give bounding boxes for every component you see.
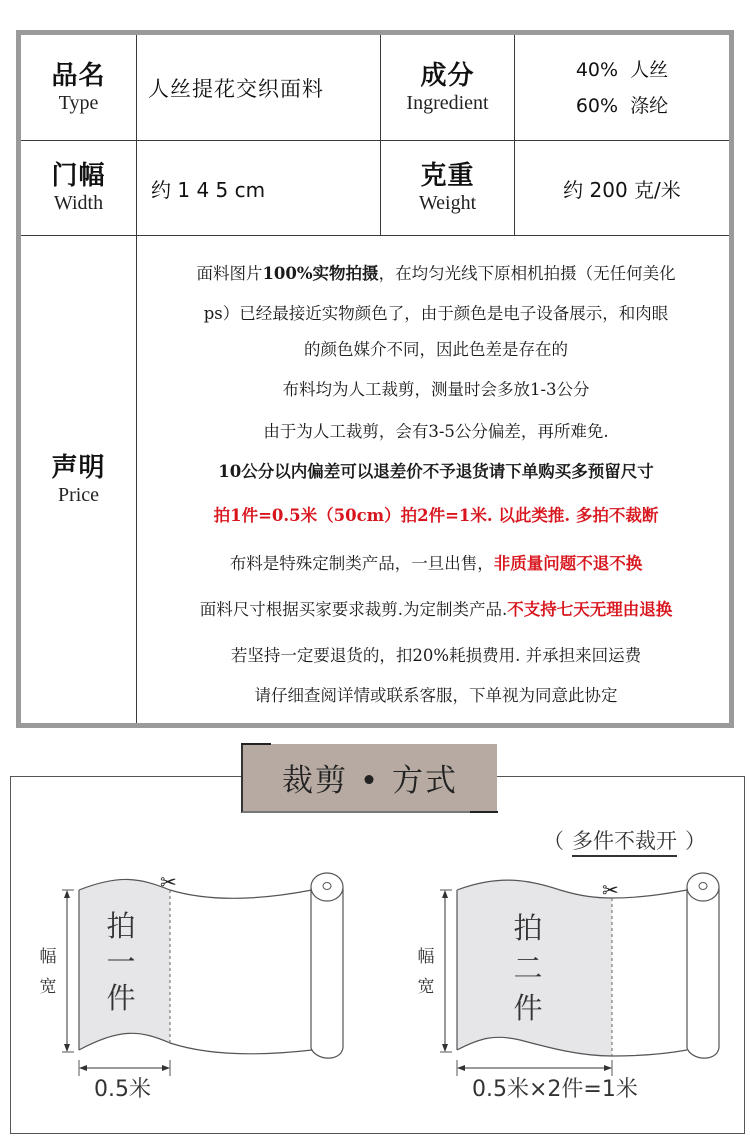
notice-line-4: 布料均为人工裁剪，测量时会多放1-3公分: [138, 376, 734, 400]
value-ingredient: 40% 人丝 60% 涤纶: [515, 35, 729, 141]
width-label-vertical-2: 幅 宽: [416, 942, 436, 1002]
label-ingredient-en: Ingredient: [406, 91, 488, 115]
notice-line-2-a: ps）已经最接近实物颜色了，由于颜色是电子设备展示，和肉眼: [204, 304, 669, 323]
width-label-char-1: 幅: [38, 942, 58, 972]
notice-line-4-a: 布料均为人工裁剪，测量时会多放1-3公分: [282, 380, 589, 399]
notice-line-6-a: 10公分以内偏差可以退差价不予退货请下单购买多预留尺寸: [218, 462, 653, 481]
piece-char-3: 件: [508, 988, 548, 1028]
notice-text-block: 面料图片100%实物拍摄，在均匀光线下原相机拍摄（无任何美化 ps）已经最接近实…: [138, 236, 734, 723]
value-width: 约 1 4 5 cm: [137, 141, 381, 236]
label-weight-zh: 克重: [420, 161, 474, 191]
piece-label-vertical-2: 拍 二 件: [508, 908, 548, 1028]
notice-line-3: 的颜色媒介不同，因此色差是存在的: [138, 336, 734, 360]
value-type-text: 人丝提花交织面料: [148, 73, 324, 103]
label-ingredient-zh: 成分: [420, 61, 474, 91]
notice-line-7: 拍1件=0.5米（50cm）拍2件=1米. 以此类推. 多拍不裁断: [138, 502, 734, 526]
diagram-one-piece: ✂ 幅 宽 拍 一 件 0.5米: [0, 860, 380, 1130]
notice-line-10-a: 若坚持一定要退货的，扣20%耗损费用. 并承担来回运费: [231, 646, 641, 665]
value-weight: 约 200 克/米: [515, 141, 729, 236]
width-label-vertical: 幅 宽: [38, 942, 58, 1002]
value-weight-text: 约 200 克/米: [563, 174, 681, 203]
value-type: 人丝提花交织面料: [137, 35, 381, 141]
notice-line-9: 面料尺寸根据买家要求裁剪.为定制类产品.不支持七天无理由退换: [138, 596, 734, 620]
notice-line-5: 由于为人工裁剪，会有3-5公分偏差，再所难免.: [138, 418, 734, 442]
ingredient-line-1: 40% 人丝: [576, 52, 668, 88]
label-type-en: Type: [59, 91, 99, 115]
notice-line-1-a: 面料图片: [196, 264, 262, 283]
width-label-char-2: 宽: [416, 972, 436, 1002]
notice-line-8-b: 非质量问题不退不换: [494, 554, 643, 573]
label-weight-en: Weight: [419, 191, 476, 215]
notice-line-6: 10公分以内偏差可以退差价不予退货请下单购买多预留尺寸: [138, 458, 734, 482]
notice-line-1: 面料图片100%实物拍摄，在均匀光线下原相机拍摄（无任何美化: [138, 260, 734, 284]
diagram-two-pieces: ✂ 幅 宽 拍 二 件 0.5米×2件=1米: [380, 860, 750, 1130]
label-weight: 克重 Weight: [381, 141, 515, 236]
note-text: 多件不裁开: [572, 829, 677, 857]
width-label-char-2: 宽: [38, 972, 58, 1002]
label-type: 品名 Type: [21, 35, 137, 141]
notice-line-9-b: 不支持七天无理由退换: [507, 600, 672, 619]
scissors-icon-2: ✂: [602, 878, 619, 902]
label-width: 门幅 Width: [21, 141, 137, 236]
length-label: 0.5米: [94, 1072, 151, 1103]
notice-line-5-a: 由于为人工裁剪，会有3-5公分偏差，再所难免.: [263, 422, 608, 441]
notice-line-8-a: 布料是特殊定制类产品，一旦出售，: [230, 554, 494, 573]
ingredient-line-2: 60% 涤纶: [576, 88, 668, 124]
piece-char-3: 件: [101, 980, 141, 1016]
notice-line-11: 请仔细查阅详情或联系客服，下单视为同意此协定: [138, 682, 734, 706]
piece-char-1: 拍: [508, 908, 548, 948]
label-width-zh: 门幅: [51, 161, 105, 191]
label-notice-en: Price: [58, 483, 99, 507]
label-type-zh: 品名: [51, 61, 105, 91]
notice-line-3-a: 的颜色媒介不同，因此色差是存在的: [304, 340, 568, 359]
cutting-method-title-text: 裁剪 • 方式: [282, 755, 458, 800]
notice-line-2: ps）已经最接近实物颜色了，由于颜色是电子设备展示，和肉眼: [138, 300, 734, 324]
piece-label-vertical: 拍 一 件: [101, 908, 141, 1016]
notice-line-9-a: 面料尺寸根据买家要求裁剪.为定制类产品.: [200, 600, 508, 619]
length-label-2: 0.5米×2件=1米: [472, 1072, 638, 1103]
notice-line-10: 若坚持一定要退货的，扣20%耗损费用. 并承担来回运费: [138, 642, 734, 666]
note-paren-open: （: [543, 829, 564, 853]
multi-piece-note: （多件不裁开）: [543, 825, 706, 855]
label-width-en: Width: [54, 191, 103, 215]
scissors-icon: ✂: [160, 870, 177, 894]
piece-char-2: 二: [508, 948, 548, 988]
width-label-char-1: 幅: [416, 942, 436, 972]
notice-line-1-c: ，在均匀光线下原相机拍摄（无任何美化: [379, 264, 676, 283]
cutting-method-title: 裁剪 • 方式: [241, 744, 497, 813]
title-corner-top-left: [241, 743, 271, 745]
piece-char-2: 一: [101, 944, 141, 980]
label-notice-zh: 声明: [51, 453, 105, 483]
notice-line-7-a: 拍1件=0.5米（50cm）拍2件=1米. 以此类推. 多拍不裁断: [214, 506, 659, 525]
notice-line-11-a: 请仔细查阅详情或联系客服，下单视为同意此协定: [255, 686, 618, 705]
note-paren-close: ）: [685, 829, 706, 853]
label-ingredient: 成分 Ingredient: [381, 35, 515, 141]
notice-line-1-b: 100%实物拍摄: [262, 264, 378, 283]
label-notice: 声明 Price: [21, 236, 137, 723]
spec-table: 品名 Type 人丝提花交织面料 成分 Ingredient 40% 人丝 60…: [16, 30, 734, 728]
title-corner-bottom-right: [470, 811, 498, 813]
value-width-text: 约 1 4 5 cm: [151, 174, 265, 203]
piece-char-1: 拍: [101, 908, 141, 944]
notice-line-8: 布料是特殊定制类产品，一旦出售，非质量问题不退不换: [138, 550, 734, 574]
